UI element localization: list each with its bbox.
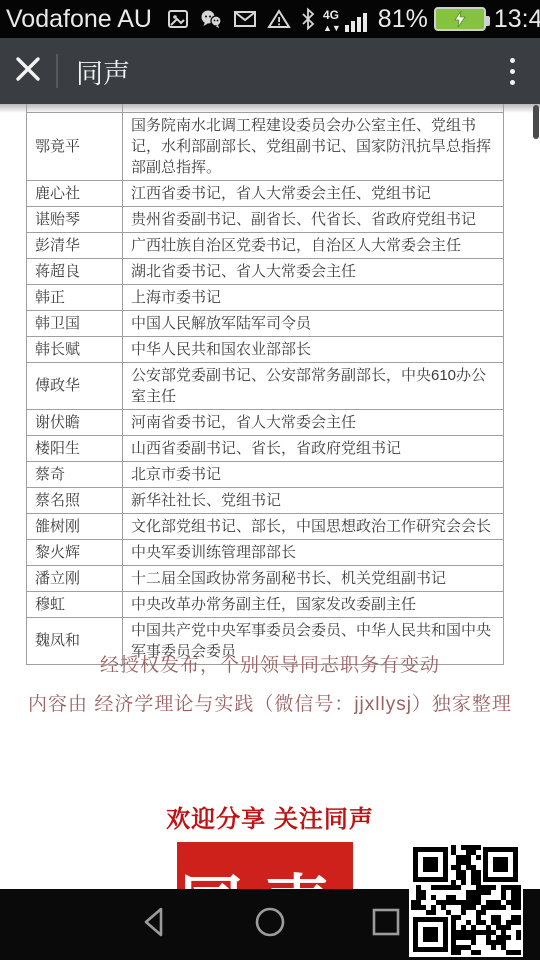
official-name-cell: 谢伏瞻 [27,409,123,435]
battery-percent-label: 81% [378,5,428,34]
official-position-cell: 公安部党委副书记、公安部常务副部长，中央610办公室主任 [123,362,504,409]
official-position-cell: 文化部党组书记、部长，中国思想政治工作研究会会长 [123,513,504,539]
warning-icon [266,7,292,31]
table-row: 潘立刚 十二届全国政协常务副秘书长、机关党组副书记 [27,565,504,591]
home-button[interactable] [250,905,290,945]
official-name-cell: 穆虹 [27,591,123,617]
official-position-cell: 广西壮族自治区党委书记，自治区人大常委会主任 [123,232,504,258]
official-position-cell: 北京市委书记 [123,461,504,487]
table-row: 蒋超良 湖北省委书记、省人大常委会主任 [27,258,504,284]
email-icon [232,7,258,31]
official-position-cell: 新华社社长、党组书记 [123,487,504,513]
menu-button[interactable] [484,38,540,104]
battery-icon [434,7,486,31]
official-position-cell: 江西省委书记，省人大常委会主任、党组书记 [123,180,504,206]
recents-button[interactable] [366,905,406,945]
screenshot-icon [166,7,190,31]
close-icon [14,55,42,88]
wechat-icon [198,7,224,31]
table-row: 傅政华 公安部党委副书记、公安部常务副部长，中央610办公室主任 [27,362,504,409]
official-name-cell: 鹿心社 [27,180,123,206]
official-position-cell: 中央军委训练管理部部长 [123,539,504,565]
table-row: 蔡名照 新华社社长、党组书记 [27,487,504,513]
official-name-cell: 彭清华 [27,232,123,258]
official-name-cell: 蒋超良 [27,258,123,284]
official-name-cell: 谌贻琴 [27,206,123,232]
table-row: 黎火辉 中央军委训练管理部部长 [27,539,504,565]
table-row: 彭清华 广西壮族自治区党委书记，自治区人大常委会主任 [27,232,504,258]
official-name-cell: 楼阳生 [27,435,123,461]
bluetooth-icon [300,6,316,32]
official-name-cell: 潘立刚 [27,565,123,591]
scrollbar-thumb[interactable] [533,105,539,139]
table-row: 鹿心社 江西省委书记，省人大常委会主任、党组书记 [27,180,504,206]
table-row: 蔡奇 北京市委书记 [27,461,504,487]
header-divider [56,54,58,88]
qr-finder-top-right [483,847,518,882]
table-row: 韩长赋 中华人民共和国农业部部长 [27,336,504,362]
close-button[interactable] [0,38,56,104]
officials-table: 鄂竟平 国务院南水北调工程建设委员会办公室主任、党组书记，水利部副部长、党组副书… [26,104,504,665]
official-name-cell: 韩长赋 [27,336,123,362]
official-position-cell: 国务院南水北调工程建设委员会办公室主任、党组书记，水利部副部长、党组副书记、国家… [123,112,504,180]
official-name-cell: 韩正 [27,284,123,310]
table-row: 鄂竟平 国务院南水北调工程建设委员会办公室主任、党组书记，水利部副部长、党组副书… [27,112,504,180]
table-row: 楼阳生 山西省委副书记、省长，省政府党组书记 [27,435,504,461]
authorization-note: 经授权发布，个别领导同志职务有变动 [0,650,540,677]
table-row: 谌贻琴 贵州省委副书记、副省长、代省长、省政府党组书记 [27,206,504,232]
table-row: 雒树刚 文化部党组书记、部长，中国思想政治工作研究会会长 [27,513,504,539]
share-prompt: 欢迎分享 关注同声 [0,799,540,834]
signal-icon [343,13,367,32]
qr-finder-top-left [413,847,448,882]
table-row: 穆虹 中央改革办常务副主任，国家发改委副主任 [27,591,504,617]
official-name-cell: 雒树刚 [27,513,123,539]
official-position-cell: 贵州省委副书记、副省长、代省长、省政府党组书记 [123,206,504,232]
official-name-cell: 蔡奇 [27,461,123,487]
official-position-cell: 中国人民解放军陆军司令员 [123,310,504,336]
carrier-label: Vodafone AU [6,5,152,34]
table-row: 韩卫国 中国人民解放军陆军司令员 [27,310,504,336]
page-title: 同声 [76,52,130,91]
qr-code[interactable] [409,843,523,957]
official-name-cell: 韩卫国 [27,310,123,336]
source-note: 内容由 经济学理论与实践（微信号：jjxllysj）独家整理 [17,686,523,723]
official-position-cell: 上海市委书记 [123,284,504,310]
table-partial-row [27,104,504,112]
back-button[interactable] [134,905,174,945]
kebab-menu-icon [510,58,515,85]
official-name-cell: 鄂竟平 [27,112,123,180]
officials-table-body: 鄂竟平 国务院南水北调工程建设委员会办公室主任、党组书记，水利部副部长、党组副书… [27,104,504,664]
official-name-cell: 黎火辉 [27,539,123,565]
official-name-cell: 傅政华 [27,362,123,409]
official-position-cell: 山西省委副书记、省长，省政府党组书记 [123,435,504,461]
official-position-cell: 中华人民共和国农业部部长 [123,336,504,362]
network-type-icon: 4G ▲▼ [323,6,367,32]
back-icon [136,904,172,945]
qr-finder-bottom-left [413,917,448,952]
article-header: 同声 [0,38,540,104]
recents-icon [368,904,404,945]
official-position-cell: 河南省委书记，省人大常委会主任 [123,409,504,435]
official-position-cell: 湖北省委书记、省人大常委会主任 [123,258,504,284]
status-bar: Vodafone AU 4G ▲▼ 81% 13:40 [0,0,540,38]
clock-label: 13:40 [494,5,540,34]
home-icon [252,904,288,945]
official-position-cell: 中央改革办常务副主任，国家发改委副主任 [123,591,504,617]
official-position-cell: 十二届全国政协常务副秘书长、机关党组副书记 [123,565,504,591]
table-row: 韩正 上海市委书记 [27,284,504,310]
official-name-cell: 蔡名照 [27,487,123,513]
table-row: 谢伏瞻 河南省委书记，省人大常委会主任 [27,409,504,435]
